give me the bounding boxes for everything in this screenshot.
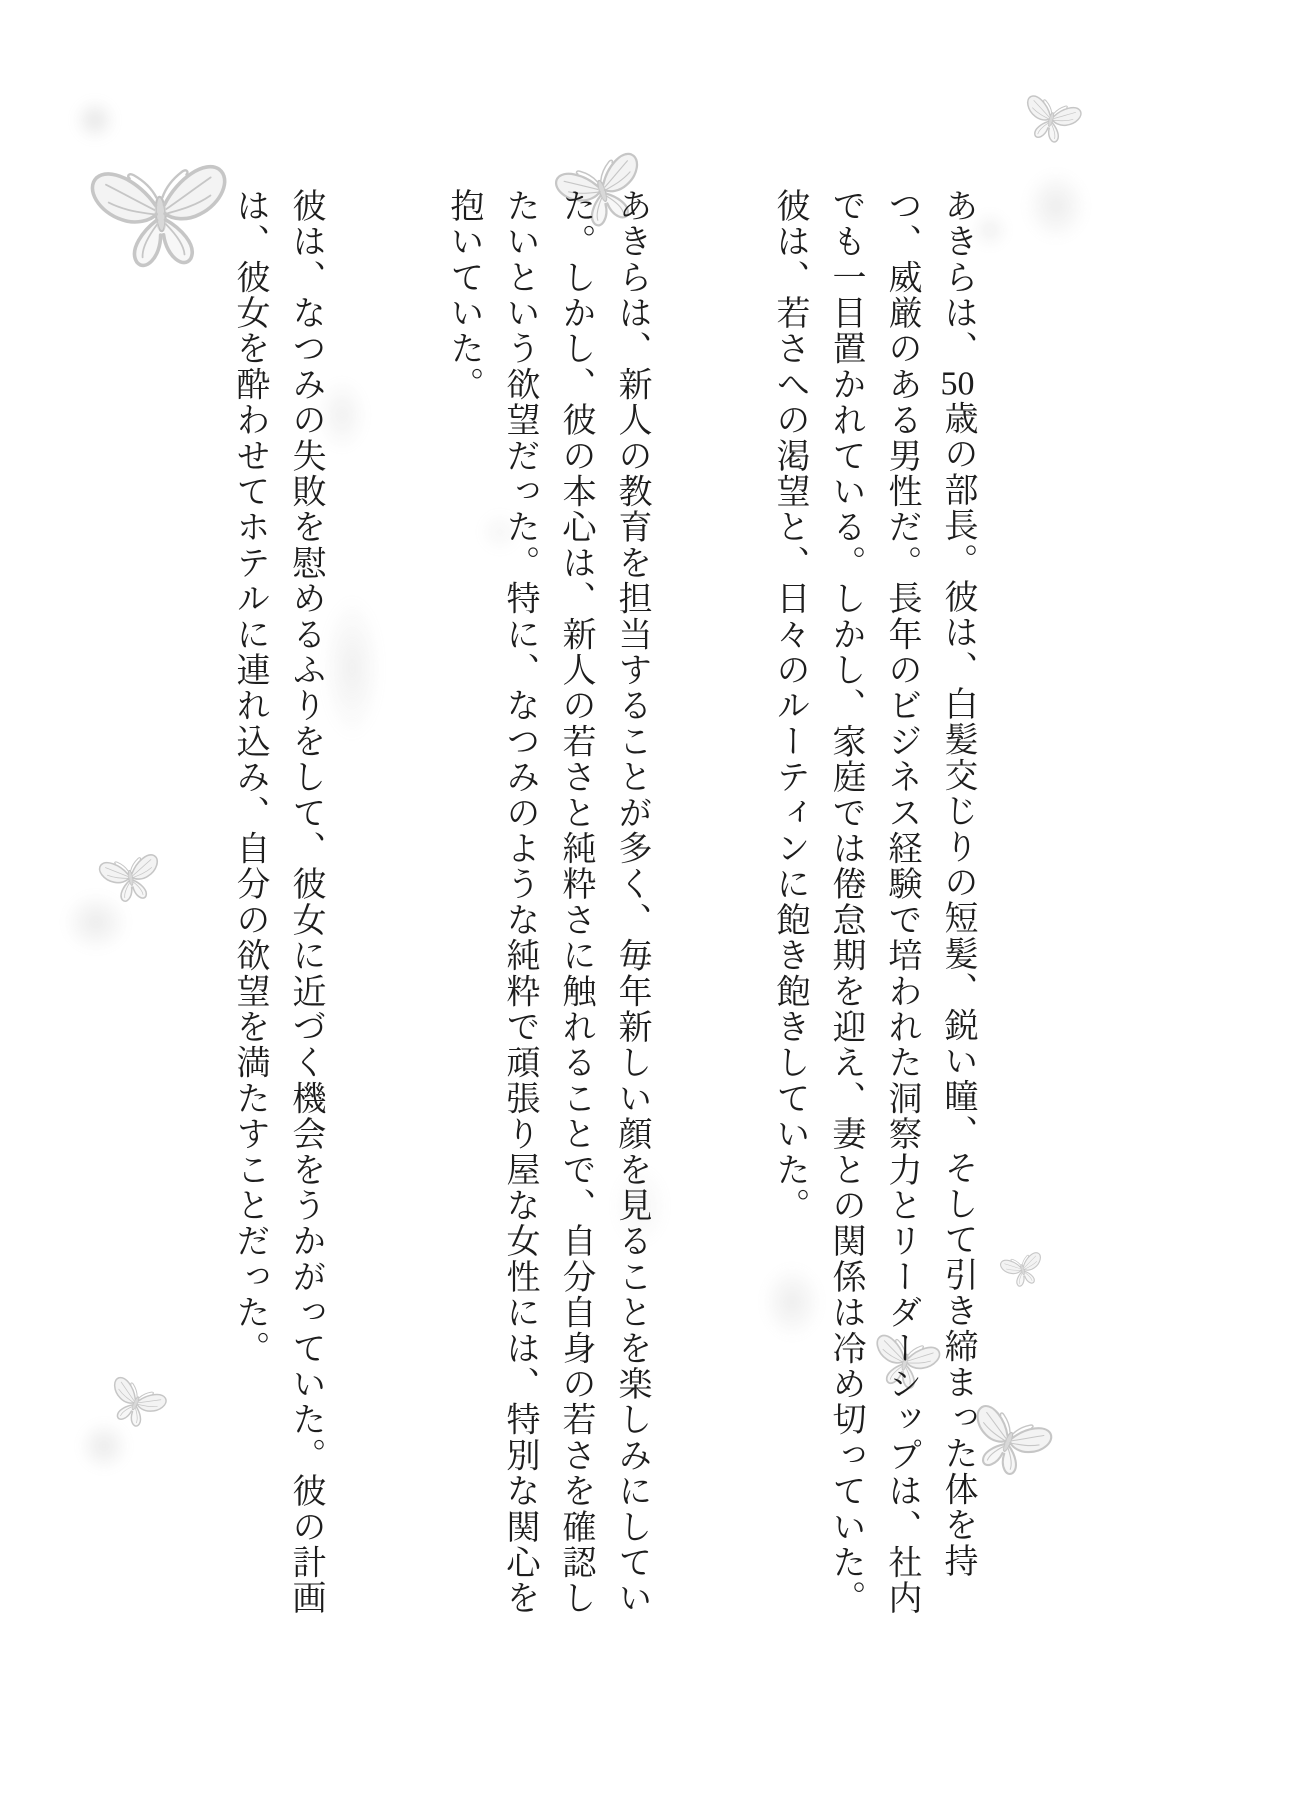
story-paragraph-2: あきらは、新人の教育を担当することが多く、毎年新しい顔を見ることを楽しみにしてい…: [435, 188, 659, 1634]
story-text: あきらは、50歳の部長。彼は、白髪交じりの短髪、鋭い瞳、そして引き締まった体を持…: [221, 188, 985, 1634]
blur-spot: [1012, 156, 1100, 256]
butterfly-icon: [994, 1239, 1050, 1295]
novel-page: あきらは、50歳の部長。彼は、白髪交じりの短髪、鋭い瞳、そして引き締まった体を持…: [0, 0, 1311, 1819]
story-paragraph-1: あきらは、50歳の部長。彼は、白髪交じりの短髪、鋭い瞳、そして引き締まった体を持…: [761, 188, 985, 1634]
butterfly-icon: [92, 836, 168, 912]
butterfly-icon: [1014, 78, 1091, 155]
butterfly-icon: [80, 125, 240, 285]
story-paragraph-3: 彼は、なつみの失敗を慰めるふりをして、彼女に近づく機会をうかがっていた。彼の計画…: [221, 188, 333, 1634]
